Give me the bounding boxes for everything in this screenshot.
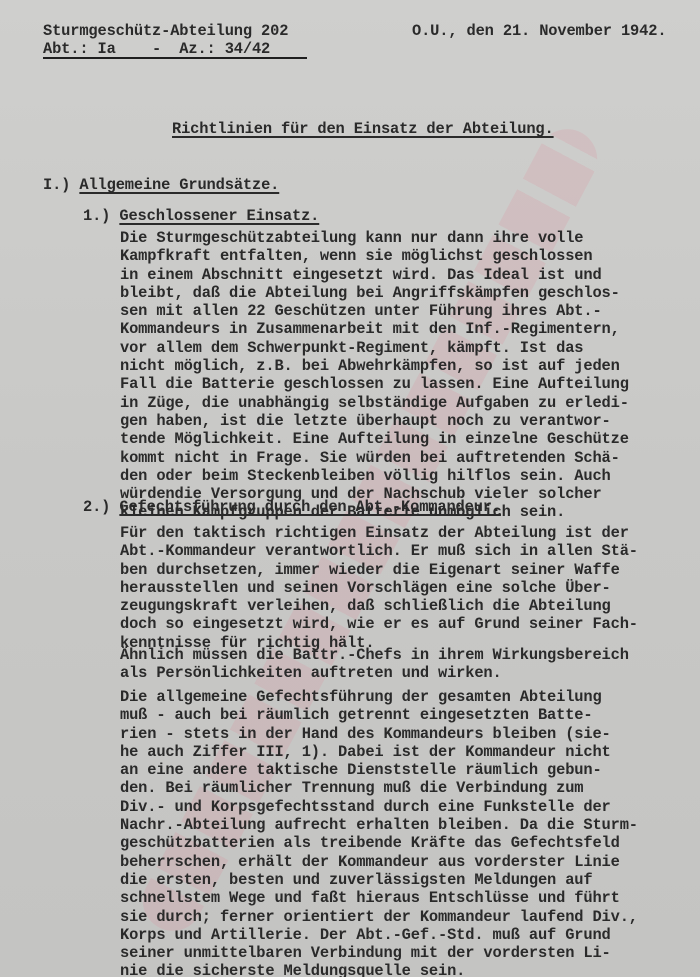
document-title: Richtlinien für den Einsatz der Abteilun…	[172, 120, 554, 138]
text-line: tende Möglichkeit. Eine Aufteilung in ei…	[120, 430, 629, 448]
subsection-heading: 1.) Geschlossener Einsatz.	[83, 207, 319, 225]
paragraph: Ähnlich müssen die Battr.-Chefs in ihrem…	[120, 646, 629, 683]
subsection-title: Gefechtsführung durch den Abt.-Kommandeu…	[119, 498, 501, 516]
text-line: Die allgemeine Gefechtsführung der gesam…	[120, 688, 638, 706]
text-line: kommt nicht in Frage. Sie würden bei auf…	[120, 449, 629, 467]
subsection-heading: 2.) Gefechtsführung durch den Abt.-Komma…	[83, 498, 501, 516]
subsection-title: Geschlossener Einsatz.	[119, 207, 319, 225]
section-heading: I.) Allgemeine Grundsätze.	[43, 176, 279, 194]
reference-number: Abt.: Ia - Az.: 34/42	[43, 40, 270, 58]
text-line: an eine andere taktische Dienststelle rä…	[120, 761, 638, 779]
text-line: rien - stets in der Hand des Kommandeurs…	[120, 725, 638, 743]
subsection-number: 2.)	[83, 498, 110, 516]
text-line: Kommandeurs in Zusammenarbeit mit den In…	[120, 320, 629, 338]
text-line: gen haben, ist die letzte überhaupt noch…	[120, 412, 629, 430]
text-line: die ersten, besten und zuverlässigsten M…	[120, 871, 638, 889]
section-number: I.)	[43, 176, 70, 194]
text-line: Die Sturmgeschützabteilung kann nur dann…	[120, 229, 629, 247]
section-title: Allgemeine Grundsätze.	[79, 176, 279, 194]
text-line: als Persönlichkeiten auftreten und wirke…	[120, 664, 629, 682]
text-line: herausstellen und seinen Vorschlägen ein…	[120, 579, 638, 597]
text-line: Für den taktisch richtigen Einsatz der A…	[120, 524, 638, 542]
paragraph: Die allgemeine Gefechtsführung der gesam…	[120, 688, 638, 977]
text-line: muß - auch bei räumlich getrennt eingese…	[120, 706, 638, 724]
text-line: schnellstem Wege und faßt hieraus Entsch…	[120, 889, 638, 907]
text-line: Fall die Batterie geschlossen zu lassen.…	[120, 375, 629, 393]
text-line: Div.- und Korpsgefechtsstand durch eine …	[120, 798, 638, 816]
place-date: O.U., den 21. November 1942.	[412, 22, 666, 40]
text-line: seiner unmittelbaren Verbindung mit der …	[120, 944, 638, 962]
text-line: beherrschen, erhält der Kommandeur aus v…	[120, 853, 638, 871]
text-line: sen mit allen 22 Geschützen unter Führun…	[120, 302, 629, 320]
text-line: den. Bei räumlicher Trennung muß die Ver…	[120, 779, 638, 797]
unit-name: Sturmgeschütz-Abteilung 202	[43, 22, 288, 40]
text-line: ben durchsetzen, immer wieder die Eigena…	[120, 561, 638, 579]
text-line: he auch Ziffer III, 1). Dabei ist der Ko…	[120, 743, 638, 761]
text-line: zeugungskraft verleihen, daß schließlich…	[120, 597, 638, 615]
text-line: Korps und Artillerie. Der Abt.-Gef.-Std.…	[120, 926, 638, 944]
text-line: doch so eingesetzt wird, wie er es auf G…	[120, 615, 638, 633]
text-line: vor allem dem Schwerpunkt-Regiment, kämp…	[120, 339, 629, 357]
paragraph: Die Sturmgeschützabteilung kann nur dann…	[120, 229, 629, 522]
document-page: Sturmgeschütz-Abteilung 202 Abt.: Ia - A…	[0, 0, 700, 977]
text-line: den oder beim Steckenbleiben völlig hilf…	[120, 467, 629, 485]
text-line: Ähnlich müssen die Battr.-Chefs in ihrem…	[120, 646, 629, 664]
text-line: sie durch; ferner orientiert der Kommand…	[120, 908, 638, 926]
text-line: nicht möglich, z.B. bei Abwehrkämpfen, s…	[120, 357, 629, 375]
paragraph: Für den taktisch richtigen Einsatz der A…	[120, 524, 638, 652]
header-rule	[43, 57, 307, 59]
text-line: Kampfkraft entfalten, wenn sie möglichst…	[120, 247, 629, 265]
text-line: bleibt, daß die Abteilung bei Angriffskä…	[120, 284, 629, 302]
text-line: Abt.-Kommandeur verantwortlich. Er muß s…	[120, 542, 638, 560]
text-line: Nachr.-Abteilung aufrecht erhalten bleib…	[120, 816, 638, 834]
text-line: in einem Abschnitt eingesetzt wird. Das …	[120, 266, 629, 284]
text-line: in Züge, die unabhängig selbständige Auf…	[120, 394, 629, 412]
text-line: geschützbatterien als treibende Kräfte d…	[120, 834, 638, 852]
subsection-number: 1.)	[83, 207, 110, 225]
text-line: nie die sicherste Meldungsquelle sein.	[120, 962, 638, 977]
